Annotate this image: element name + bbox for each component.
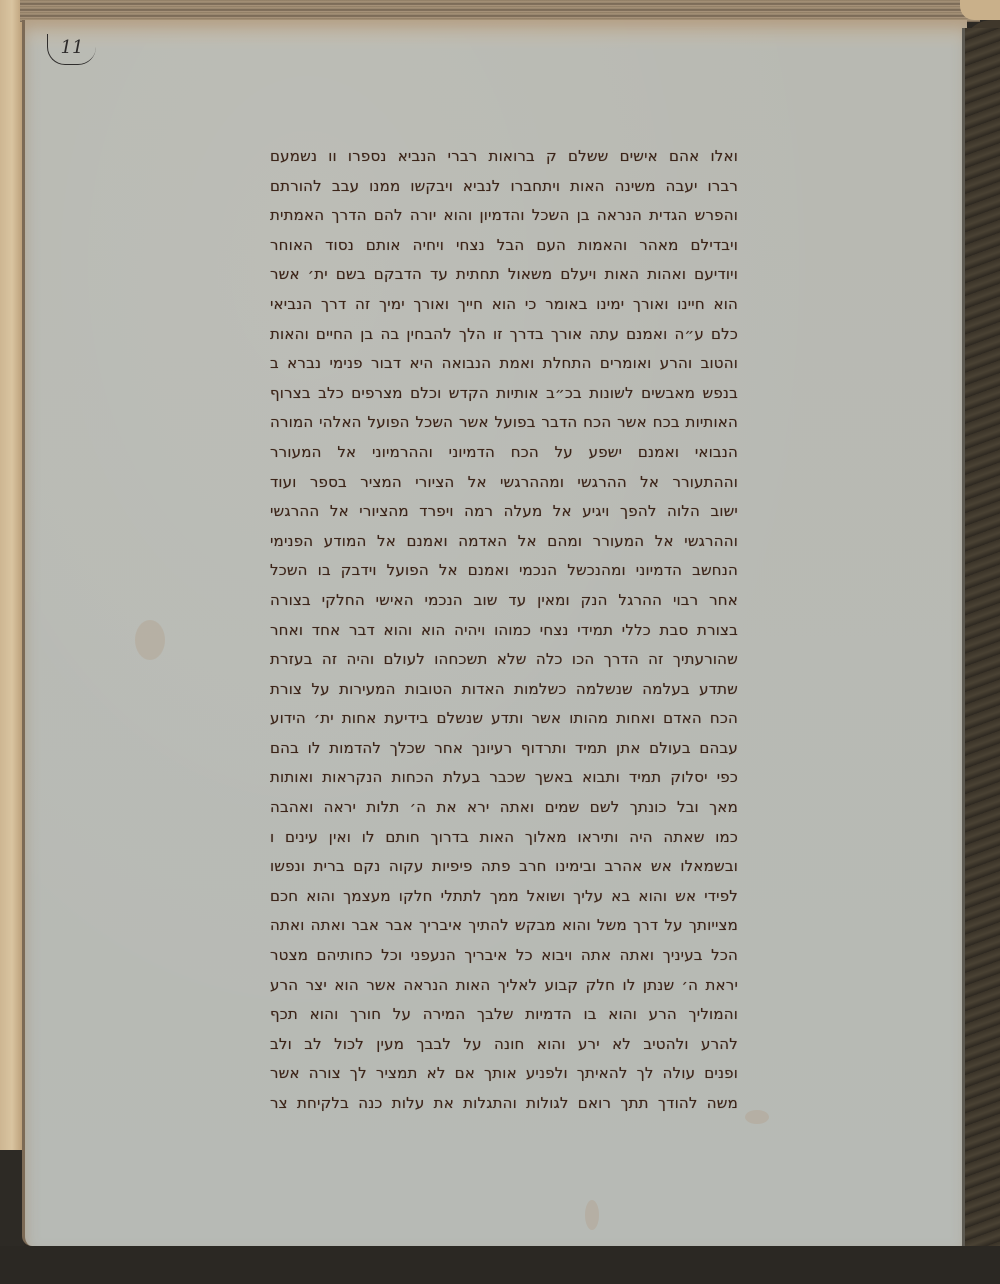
manuscript-line: ישוב הלוה להפך ויגיע אל מעלה רמה ויפרד מ… xyxy=(270,497,738,527)
manuscript-text-block: ואלו אהם אישים ששלם ק ברואות רברי הנביא … xyxy=(270,142,738,1119)
manuscript-line: בנפש מאבשים לשונות בכ״ב אותיות הקדש וכלם… xyxy=(270,379,738,409)
manuscript-line: בצורת סבת כללי תמידי נצחי כמוהו ויהיה הו… xyxy=(270,616,738,646)
manuscript-line: וההתעורר אל ההרגשי ומההרגשי אל הציורי המ… xyxy=(270,468,738,498)
left-binding-edge xyxy=(0,0,24,1284)
manuscript-line: הוא חיינו ואורך ימינו באומר כי הוא חייך … xyxy=(270,290,738,320)
manuscript-line: רברו יעבה משינה האות ויתחברו לנביא ויבקש… xyxy=(270,172,738,202)
manuscript-line: משה להודך תתך רואם לגולות והתגלות את עלו… xyxy=(270,1089,738,1119)
manuscript-line: אחר רבוי ההרגל הנק ומאין עד שוב הנכמי הא… xyxy=(270,586,738,616)
page-stack-top-edge xyxy=(20,0,980,22)
page-stain xyxy=(745,1110,769,1124)
page-corner-top-right xyxy=(960,0,1000,20)
manuscript-line: וההרגשי אל המעורר ומהם אל האדמה ואמנם אל… xyxy=(270,527,738,557)
manuscript-line: הכח האדם ואחות מהותו אשר ותדע שנשלם בידי… xyxy=(270,704,738,734)
manuscript-line: יראת ה׳ שנתן לו חלק קבוע לאליך האות הנרא… xyxy=(270,971,738,1001)
manuscript-line: להרע ולהטיב לא ירע והוא חונה על לבבך מעי… xyxy=(270,1030,738,1060)
manuscript-line: מאך ובל כונתך לשם שמים ואתה ירא את ה׳ תל… xyxy=(270,793,738,823)
page-stain xyxy=(135,620,165,660)
manuscript-line: כפי יסלוק תמיד ותבוא באשך שכבר בעלת הכחו… xyxy=(270,763,738,793)
manuscript-line: והטוב והרע ואומרים התחלת ואמת הנבואה היא… xyxy=(270,349,738,379)
manuscript-line: כמו שאתה היה ותיראו מאלוך האות בדרוך חות… xyxy=(270,823,738,853)
manuscript-line: ויבדילם מאהר והאמות העם הבל נצחי ויחיה א… xyxy=(270,231,738,261)
manuscript-line: כלם ע״ה ואמנם עתה אורך בדרך זו הלך להבחי… xyxy=(270,320,738,350)
manuscript-line: והמוליך הרע והוא בו הדמיות שלבך המירה על… xyxy=(270,1000,738,1030)
manuscript-line: שהורעתיך זה הדרך הכו כלה שלא תשכחהו לעול… xyxy=(270,645,738,675)
folio-number: 11 xyxy=(47,34,96,65)
manuscript-line: הנחשב הדמיוני ומהנכשל הנכמי ואמנם אל הפו… xyxy=(270,556,738,586)
manuscript-line: ופנים עולה לך להאיתך ולפניע אותך אם לא ת… xyxy=(270,1059,738,1089)
manuscript-line: מצייותך על דרך משל והוא מבקש להתיך איברי… xyxy=(270,911,738,941)
manuscript-line: ובשמאלו אש אהרב ובימינו חרב פתה פיפיות ע… xyxy=(270,852,738,882)
manuscript-line: עבהם בעולם אתן תמיד ותרדוף רעיונך אחר שכ… xyxy=(270,734,738,764)
manuscript-scene: 11 ואלו אהם אישים ששלם ק ברואות רברי הנב… xyxy=(0,0,1000,1284)
manuscript-line: לפידי אש והוא בא עליך ושואל ממך לתתלי חל… xyxy=(270,882,738,912)
manuscript-line: שתדע בעלמה שנשלמה כשלמות האדות הטובות המ… xyxy=(270,675,738,705)
manuscript-line: הנבואי ואמנם ישפע על הכח הדמיוני וההרמיו… xyxy=(270,438,738,468)
right-page-stack xyxy=(962,28,1000,1284)
bottom-shadow xyxy=(0,1246,1000,1284)
manuscript-line: הכל בעיניך ואתה אתה ויבוא כל איבריך הנעפ… xyxy=(270,941,738,971)
manuscript-line: והפרש הגדית הנראה בן השכל והדמיון והוא י… xyxy=(270,201,738,231)
manuscript-line: ואלו אהם אישים ששלם ק ברואות רברי הנביא … xyxy=(270,142,738,172)
manuscript-line: ויודיעם ואהות האות ויעלם משאול תחתית עד … xyxy=(270,260,738,290)
manuscript-line: האותיות בכח אשר הכח הדבר בפועל אשר השכל … xyxy=(270,408,738,438)
page-stain xyxy=(585,1200,599,1230)
